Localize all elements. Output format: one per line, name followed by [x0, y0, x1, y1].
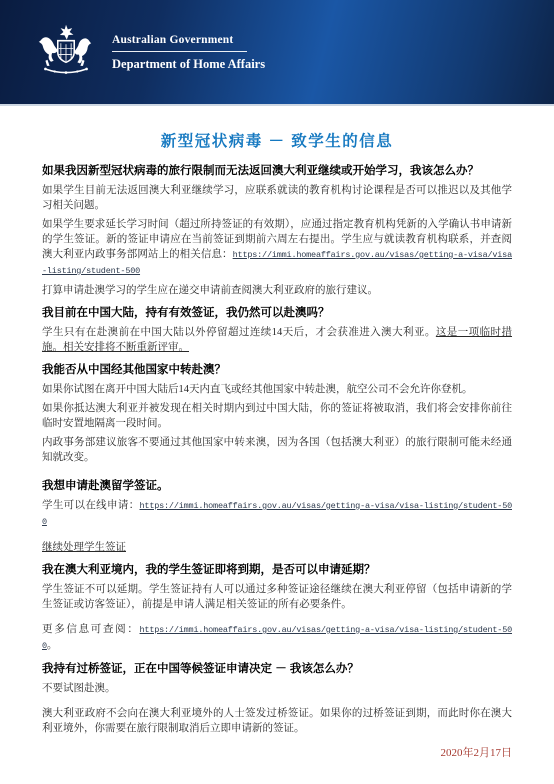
- paragraph: 学生只有在赴澳前在中国大陆以外停留超过连续14天后，才会获准进入澳大利亚。这是一…: [42, 325, 512, 355]
- australian-coat-of-arms-icon: [30, 22, 102, 82]
- text-run: 如果你抵达澳大利亚并被发现在相关时期内到过中国大陆，你的签证将被取消，我们将会安…: [42, 403, 512, 429]
- government-title: Australian Government: [112, 34, 265, 47]
- paragraph: 如果你抵达澳大利亚并被发现在相关时期内到过中国大陆，你的签证将被取消，我们将会安…: [42, 401, 512, 431]
- text-run: 不要试图赴澳。: [42, 683, 116, 694]
- paragraph: 内政事务部建议旅客不要通过其他国家中转来澳，因为各国（包括澳大利亚）的旅行限制可…: [42, 435, 512, 465]
- government-banner-text: Australian Government Department of Home…: [112, 34, 265, 71]
- document-page: Australian Government Department of Home…: [0, 0, 554, 784]
- text-run: 如果你试图在离开中国大陆后14天内直飞或经其他国家中转赴澳，航空公司不会允许你登…: [42, 384, 473, 395]
- faq-section: 我持有过桥签证，正在中国等候签证申请决定 － 我该怎么办？不要试图赴澳。澳大利亚…: [42, 662, 512, 736]
- section-heading: 如果我因新型冠状病毒的旅行限制而无法返回澳大利亚继续或开始学习，我该怎么办？: [42, 164, 512, 178]
- faq-section: 如果我因新型冠状病毒的旅行限制而无法返回澳大利亚继续或开始学习，我该怎么办？如果…: [42, 164, 512, 298]
- paragraph: 如果学生要求延长学习时间（超过所持签证的有效期），应通过指定教育机构凭新的入学确…: [42, 217, 512, 279]
- government-banner: Australian Government Department of Home…: [0, 0, 554, 106]
- section-heading: 我持有过桥签证，正在中国等候签证申请决定 － 我该怎么办？: [42, 662, 512, 676]
- banner-divider: [112, 51, 247, 52]
- document-date: 2020年2月17日: [42, 746, 512, 761]
- paragraph: 如果学生目前无法返回澳大利亚继续学习，应联系就读的教育机构讨论课程是否可以推迟以…: [42, 183, 512, 213]
- paragraph: 继续处理学生签证: [42, 540, 512, 555]
- faq-section: 我目前在中国大陆，持有有效签证，我仍然可以赴澳吗？学生只有在赴澳前在中国大陆以外…: [42, 306, 512, 355]
- section-heading: 我目前在中国大陆，持有有效签证，我仍然可以赴澳吗？: [42, 306, 512, 320]
- text-run: 。: [47, 640, 58, 651]
- department-title: Department of Home Affairs: [112, 57, 265, 71]
- paragraph: 学生签证不可以延期。学生签证持有人可以通过多种签证途径继续在澳大利亚停留（包括申…: [42, 582, 512, 612]
- text-hyperlink[interactable]: 继续处理学生签证: [42, 542, 126, 553]
- paragraph: 不要试图赴澳。: [42, 681, 512, 696]
- document-title: 新型冠状病毒 － 致学生的信息: [42, 132, 512, 152]
- text-run: 学生只有在赴澳前在中国大陆以外停留超过连续14天后，才会获准进入澳大利亚。: [42, 327, 436, 338]
- text-run: 打算申请赴澳学习的学生应在递交申请前查阅澳大利亚政府的旅行建议。: [42, 285, 378, 296]
- paragraph: 更多信息可查阅：https://immi.homeaffairs.gov.au/…: [42, 622, 512, 654]
- text-run: 澳大利亚政府不会向在澳大利亚境外的人士签发过桥签证。如果你的过桥签证到期，而此时…: [42, 708, 512, 734]
- faq-section: 我在澳大利亚境内，我的学生签证即将到期，是否可以申请延期？学生签证不可以延期。学…: [42, 563, 512, 654]
- section-heading: 我能否从中国经其他国家中转赴澳？: [42, 363, 512, 377]
- text-run: 更多信息可查阅：: [42, 624, 140, 635]
- document-content: 新型冠状病毒 － 致学生的信息 如果我因新型冠状病毒的旅行限制而无法返回澳大利亚…: [0, 106, 554, 761]
- faq-section: 我想申请赴澳留学签证。学生可以在线申请：https://immi.homeaff…: [42, 479, 512, 555]
- text-run: 学生可以在线申请：: [42, 500, 140, 511]
- paragraph: 澳大利亚政府不会向在澳大利亚境外的人士签发过桥签证。如果你的过桥签证到期，而此时…: [42, 706, 512, 736]
- section-heading: 我想申请赴澳留学签证。: [42, 479, 512, 493]
- section-heading: 我在澳大利亚境内，我的学生签证即将到期，是否可以申请延期？: [42, 563, 512, 577]
- text-run: 学生签证不可以延期。学生签证持有人可以通过多种签证途径继续在澳大利亚停留（包括申…: [42, 584, 512, 610]
- text-run: 如果学生目前无法返回澳大利亚继续学习，应联系就读的教育机构讨论课程是否可以推迟以…: [42, 185, 512, 211]
- faq-section: 我能否从中国经其他国家中转赴澳？如果你试图在离开中国大陆后14天内直飞或经其他国…: [42, 363, 512, 465]
- faq-sections: 如果我因新型冠状病毒的旅行限制而无法返回澳大利亚继续或开始学习，我该怎么办？如果…: [42, 164, 512, 736]
- paragraph: 打算申请赴澳学习的学生应在递交申请前查阅澳大利亚政府的旅行建议。: [42, 283, 512, 298]
- paragraph: 如果你试图在离开中国大陆后14天内直飞或经其他国家中转赴澳，航空公司不会允许你登…: [42, 382, 512, 397]
- paragraph: 学生可以在线申请：https://immi.homeaffairs.gov.au…: [42, 498, 512, 530]
- text-run: 内政事务部建议旅客不要通过其他国家中转来澳，因为各国（包括澳大利亚）的旅行限制可…: [42, 437, 512, 463]
